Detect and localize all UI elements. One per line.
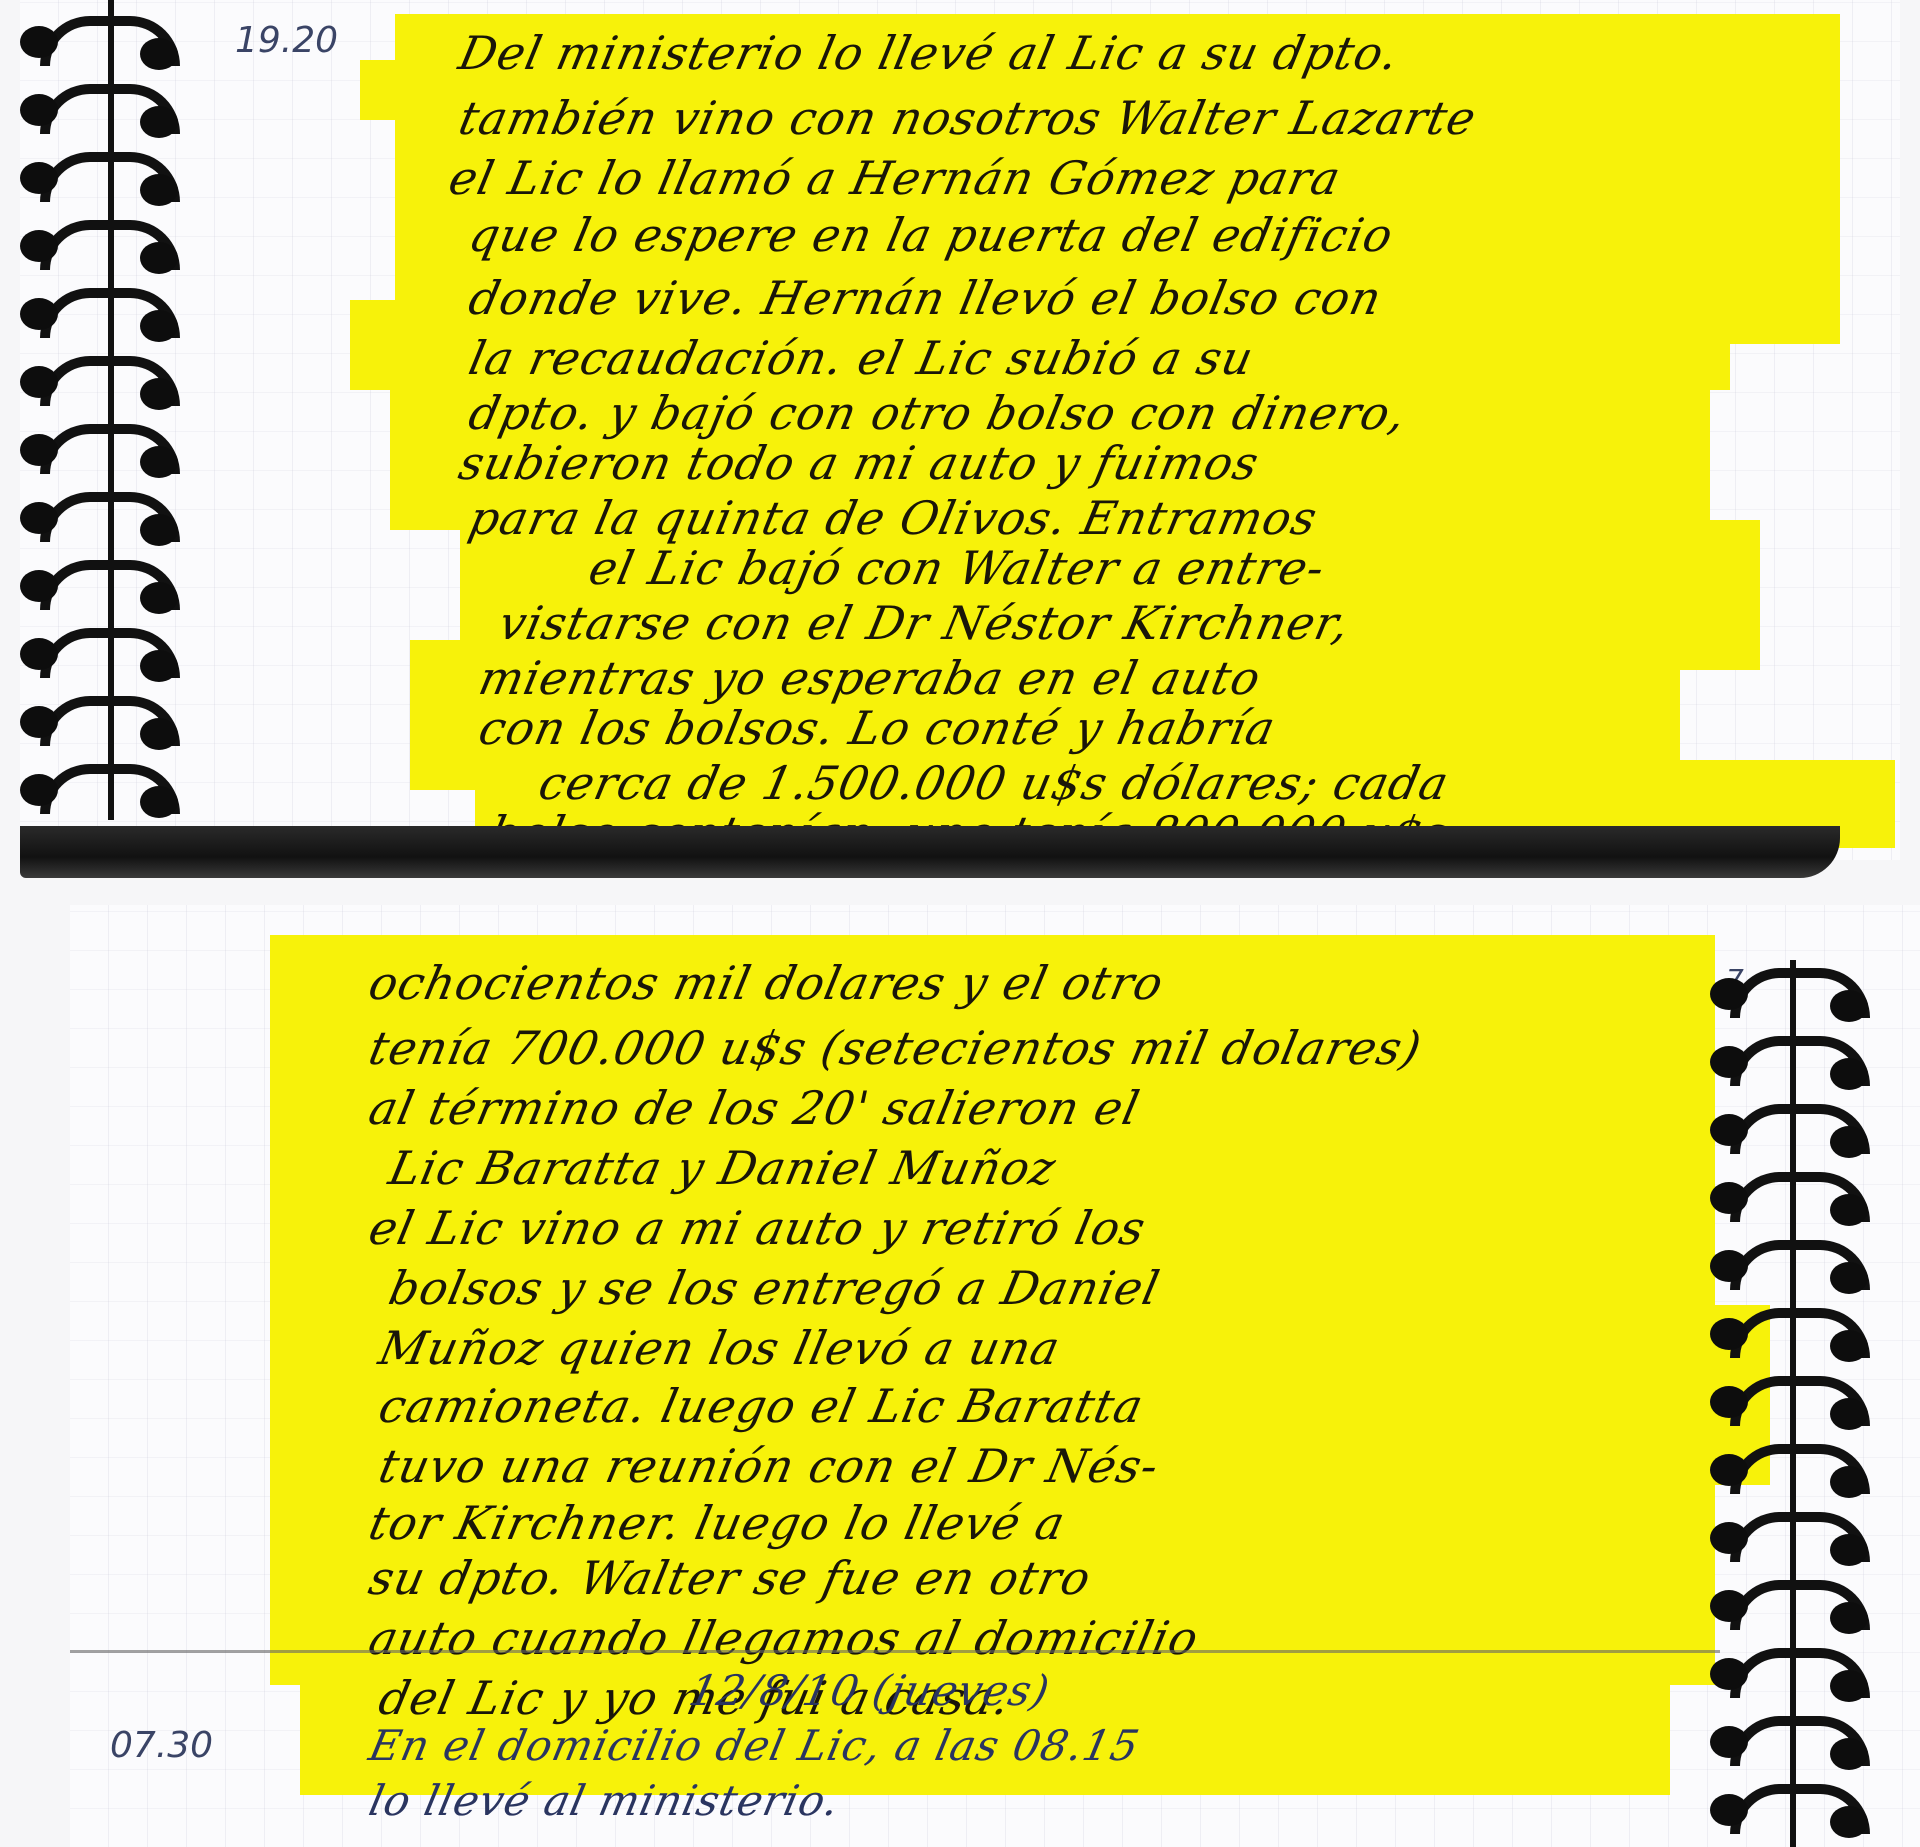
spiral-coil [20, 144, 180, 208]
entry-time: 07.30 [110, 1725, 213, 1766]
spiral-coil [20, 280, 180, 344]
handwritten-line: al término de los 20' salieron el [365, 1085, 1144, 1131]
spiral-coil [20, 620, 180, 684]
spiral-coil [1710, 1504, 1870, 1568]
notebook-page-bottom: 7 ochocientos mil dolares y el otro tení… [70, 905, 1920, 1847]
handwritten-line: Del ministerio lo llevé al Lic a su dpto… [455, 30, 1403, 76]
handwritten-line: tor Kirchner. luego lo llevé a [365, 1500, 1069, 1546]
handwritten-line: bolsos y se los entregó a Daniel [385, 1265, 1164, 1311]
spiral-coil [1710, 1640, 1870, 1704]
spiral-coil [1710, 1572, 1870, 1636]
spiral-coil [1710, 1232, 1870, 1296]
handwritten-line: que lo espere en la puerta del edificio [465, 212, 1397, 258]
highlight-block [360, 60, 420, 120]
entry-time: 19.20 [235, 20, 338, 61]
spiral-coil [1710, 1028, 1870, 1092]
handwritten-line: también vino con nosotros Walter Lazarte [455, 95, 1480, 141]
page-bottom-edge [20, 826, 1840, 878]
divider-line [70, 1650, 1720, 1653]
handwritten-line: el Lic vino a mi auto y retiró los [365, 1205, 1150, 1251]
handwritten-line: donde vive. Hernán llevó el bolso con [465, 275, 1386, 321]
handwritten-line-blue: lo llevé al ministerio. [366, 1780, 844, 1822]
handwritten-line: subieron todo a mi auto y fuimos [455, 440, 1263, 486]
handwritten-line: su dpto. Walter se fue en otro [365, 1555, 1095, 1601]
spiral-coil [20, 76, 180, 140]
handwritten-line: tenía 700.000 u$s (setecientos mil dolar… [365, 1025, 1426, 1071]
handwritten-line: dpto. y bajó con otro bolso con dinero, [465, 390, 1410, 436]
handwritten-line: Muñoz quien los llevó a una [375, 1325, 1064, 1371]
spiral-coil [20, 688, 180, 752]
handwritten-line: mientras yo esperaba en el auto [475, 655, 1265, 701]
spiral-coil [20, 484, 180, 548]
date-heading: 12/8/10 (jueves) [686, 1670, 1054, 1712]
spiral-coil [20, 212, 180, 276]
spiral-coil [1710, 1776, 1870, 1840]
handwritten-line: el Lic lo llamó a Hernán Gómez para [445, 155, 1345, 201]
handwritten-line: camioneta. luego el Lic Baratta [375, 1383, 1148, 1429]
spiral-coil [1710, 1300, 1870, 1364]
handwritten-line: auto cuando llegamos al domicilio [365, 1615, 1203, 1661]
handwritten-line: tuvo una reunión con el Dr Nés- [375, 1443, 1163, 1489]
handwritten-line: la recaudación. el Lic subió a su [465, 335, 1258, 381]
handwritten-line-blue: En el domicilio del Lic, a las 08.15 [366, 1725, 1144, 1767]
spiral-coil [20, 8, 180, 72]
spiral-coil [1710, 960, 1870, 1024]
handwritten-line: con los bolsos. Lo conté y habría [475, 705, 1280, 751]
spiral-coil [1710, 1368, 1870, 1432]
spiral-coil [1710, 1436, 1870, 1500]
handwritten-line: vistarse con el Dr Néstor Kirchner, [495, 600, 1354, 646]
notebook-page-top: 19.20 Del ministerio lo llevé al Lic a s… [20, 0, 1900, 860]
spiral-coil [20, 756, 180, 820]
handwritten-line: el Lic bajó con Walter a entre- [585, 545, 1329, 591]
handwritten-line: cerca de 1.500.000 u$s dólares; cada [535, 760, 1453, 806]
spiral-coil [20, 416, 180, 480]
handwritten-line: para la quinta de Olivos. Entramos [465, 495, 1321, 541]
handwritten-line: ochocientos mil dolares y el otro [365, 960, 1168, 1006]
spiral-coil [1710, 1708, 1870, 1772]
spiral-coil [1710, 1096, 1870, 1160]
spiral-coil [20, 348, 180, 412]
handwritten-line: Lic Baratta y Daniel Muñoz [385, 1145, 1060, 1191]
spiral-coil [1710, 1164, 1870, 1228]
spiral-coil [20, 552, 180, 616]
